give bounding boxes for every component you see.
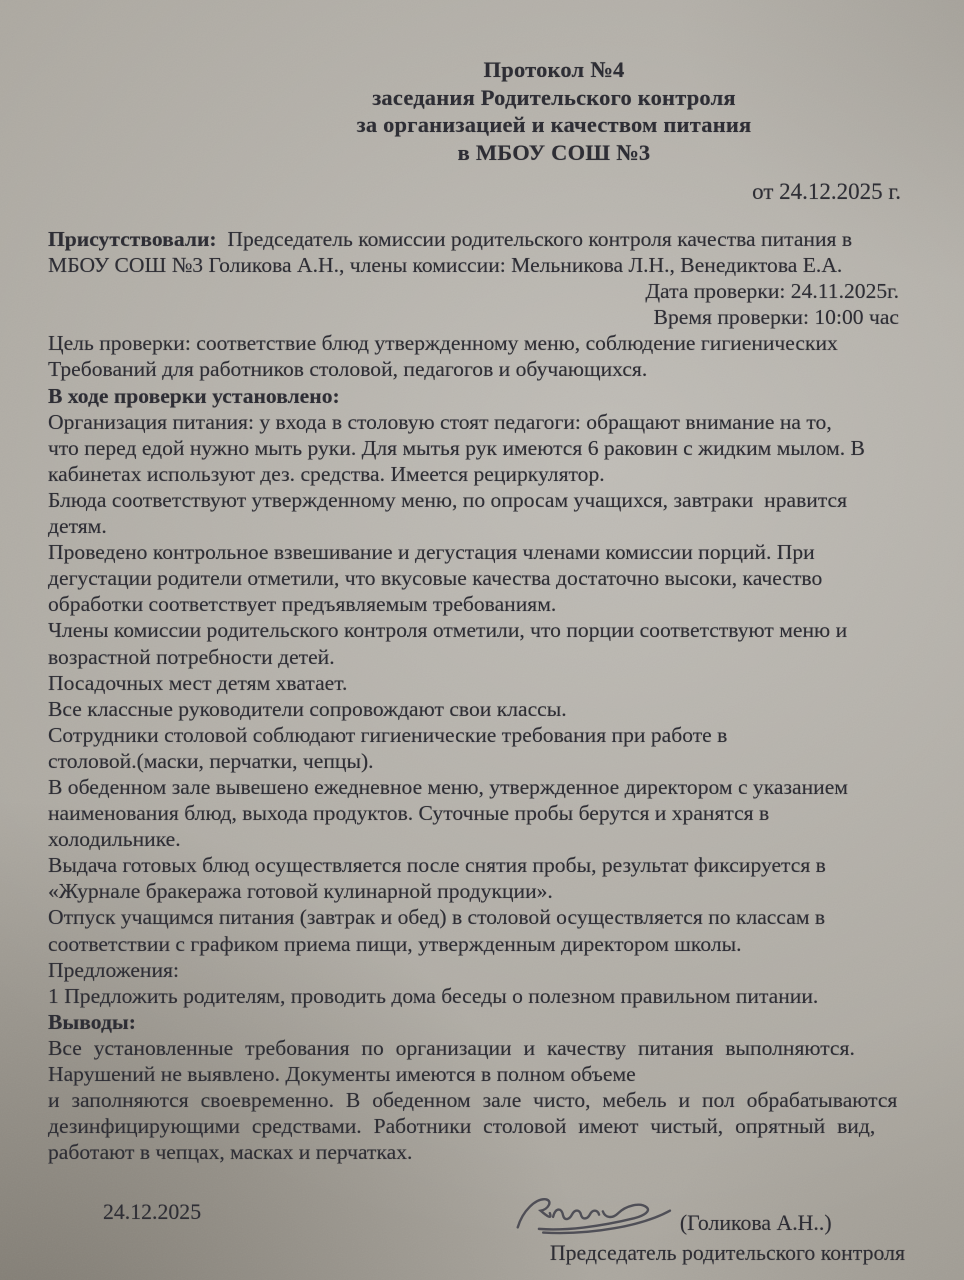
text-line: и заполняются своевременно. В обеденном … <box>48 1087 905 1113</box>
text-line: Предложения: <box>48 957 905 983</box>
text-line: Организация питания: у входа в столовую … <box>48 409 905 435</box>
title-line-3: за организацией и качеством питания <box>203 111 905 139</box>
text-line: Члены комиссии родительского контроля от… <box>48 617 905 643</box>
text-line: 1 Предложить родителям, проводить дома б… <box>48 983 905 1009</box>
text-line: В обеденном зале вывешено ежедневное мен… <box>48 774 905 800</box>
text-line: Отпуск учащимся питания (завтрак и обед)… <box>48 904 905 930</box>
text-line: Блюда соответствуют утвержденному меню, … <box>48 487 905 513</box>
text-line: наименования блюд, выхода продуктов. Сут… <box>48 800 905 826</box>
text-line: Все классные руководители сопровождают с… <box>48 696 905 722</box>
signature-name: (Голикова А.Н..) <box>680 1210 832 1237</box>
signature-title: Председатель родительского контроля <box>550 1240 905 1267</box>
text-line: «Журнале бракеража готовой кулинарной пр… <box>48 878 905 904</box>
text-line: столовой.(маски, перчатки, чепцы). <box>48 748 905 774</box>
document-footer: 24.12.2025 (Голикова А.Н..) Председатель… <box>48 1187 905 1267</box>
text-line: В ходе проверки установлено: <box>48 383 905 409</box>
text-line: Цель проверки: соответствие блюд утвержд… <box>48 330 905 356</box>
document-body: Присутствовали: Председатель комиссии ро… <box>48 226 905 1165</box>
text-line: Нарушений не выявлено. Документы имеются… <box>48 1061 905 1087</box>
title-line-4: в МБОУ СОШ №3 <box>203 139 905 167</box>
text-line: Время проверки: 10:00 час <box>48 304 905 330</box>
text-line: работают в чепцах, масках и перчатках. <box>48 1139 905 1165</box>
text-line: Проведено контрольное взвешивание и дегу… <box>48 539 905 565</box>
text-line: Присутствовали: Председатель комиссии ро… <box>48 226 905 252</box>
signature-row: (Голикова А.Н..) <box>510 1187 905 1237</box>
scanned-document-page: Протокол №4 заседания Родительского конт… <box>0 0 964 1280</box>
document-content: Протокол №4 заседания Родительского конт… <box>0 0 964 1280</box>
signature-block: (Голикова А.Н..) Председатель родительск… <box>510 1187 905 1267</box>
text-line: соответствии с графиком приема пищи, утв… <box>48 931 905 957</box>
text-line: Дата проверки: 24.11.2025г. <box>48 278 905 304</box>
text-line: холодильнике. <box>48 826 905 852</box>
title-line-2: заседания Родительского контроля <box>203 84 905 112</box>
text-line: Все установленные требования по организа… <box>48 1035 905 1061</box>
handwritten-signature-icon <box>508 1182 679 1248</box>
protocol-date: от 24.12.2025 г. <box>48 179 905 205</box>
text-line: обработки соответствует предъявляемым тр… <box>48 591 905 617</box>
text-line: детям. <box>48 513 905 539</box>
text-line: что перед едой нужно мыть руки. Для мыть… <box>48 435 905 461</box>
text-line: МБОУ СОШ №3 Голикова А.Н., члены комисси… <box>48 252 905 278</box>
title-line-1: Протокол №4 <box>203 56 905 84</box>
text-line: Сотрудники столовой соблюдают гигиеничес… <box>48 722 905 748</box>
text-line: дегустации родители отметили, что вкусов… <box>48 565 905 591</box>
document-title: Протокол №4 заседания Родительского конт… <box>48 56 905 166</box>
footer-date: 24.12.2025 <box>103 1187 201 1226</box>
text-line: дезинфицирующими средствами. Работники с… <box>48 1113 905 1139</box>
text-line: кабинетах используют дез. средства. Имее… <box>48 461 905 487</box>
text-line: Требований для работников столовой, педа… <box>48 356 905 382</box>
text-line: Выдача готовых блюд осуществляется после… <box>48 852 905 878</box>
text-line: возрастной потребности детей. <box>48 644 905 670</box>
text-line: Выводы: <box>48 1009 905 1035</box>
text-line: Посадочных мест детям хватает. <box>48 670 905 696</box>
